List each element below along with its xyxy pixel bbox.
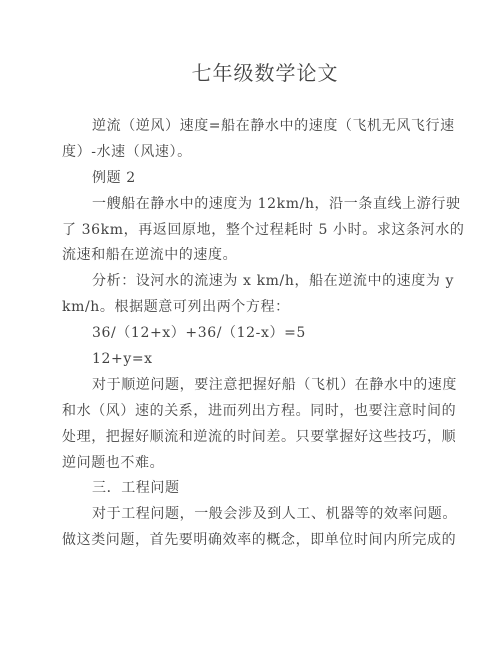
equation-line: 36/（12+x）+36/（12-x）=5	[62, 321, 464, 347]
equation-line: 12+y=x	[62, 347, 464, 373]
text-line: 分析：设河水的流速为 x km/h，船在逆流中的速度为 y	[62, 269, 464, 295]
text-line: km/h。根据题意可列出两个方程：	[62, 295, 464, 321]
document-page: 七年级数学论文 逆流（逆风）速度=船在静水中的速度（飞机无风飞行速 度）-水速（…	[0, 0, 500, 647]
text-line: 处理，把握好顺流和逆流的时间差。只要掌握好这些技巧，顺	[62, 425, 464, 451]
text-line: 例题 2	[62, 166, 464, 192]
text-line: 一艘船在静水中的速度为 12km/h，沿一条直线上游行驶	[62, 192, 464, 218]
document-body: 逆流（逆风）速度=船在静水中的速度（飞机无风飞行速 度）-水速（风速）。 例题 …	[62, 114, 464, 554]
text-line: 了 36km，再返回原地，整个过程耗时 5 小时。求这条河水的	[62, 218, 464, 244]
section-heading: 三．工程问题	[62, 476, 464, 502]
text-line: 逆流（逆风）速度=船在静水中的速度（飞机无风飞行速	[62, 114, 464, 140]
text-line: 度）-水速（风速）。	[62, 140, 464, 166]
document-title: 七年级数学论文	[70, 57, 460, 86]
text-line: 做这类问题，首先要明确效率的概念，即单位时间内所完成的	[62, 528, 464, 554]
text-line: 逆问题也不难。	[62, 451, 464, 477]
text-line: 对于顺逆问题，要注意把握好船（飞机）在静水中的速度	[62, 373, 464, 399]
text-line: 流速和船在逆流中的速度。	[62, 243, 464, 269]
text-line: 对于工程问题，一般会涉及到人工、机器等的效率问题。	[62, 502, 464, 528]
text-line: 和水（风）速的关系，进而列出方程。同时，也要注意时间的	[62, 399, 464, 425]
